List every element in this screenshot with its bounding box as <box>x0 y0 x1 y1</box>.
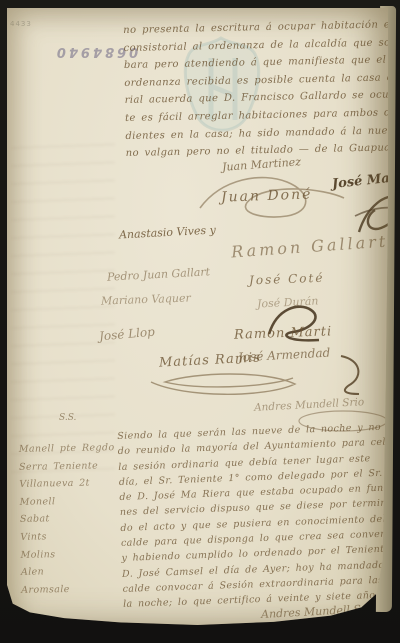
signature-pedro-juan-gallart: Pedro Juan Gallart <box>107 265 211 283</box>
scanned-page-background: 4433 0684940 no presenta la escritura á … <box>0 0 400 643</box>
closing-signature-oval <box>305 615 389 639</box>
margin-name: Molins <box>20 545 116 564</box>
signature-rubric-loop <box>145 364 305 402</box>
pencil-note: 4433 <box>10 20 32 28</box>
margin-name: Manell pte Regdo <box>19 439 115 458</box>
signature-jose-armendad: José Armendad <box>238 346 331 365</box>
margin-heading: S.S. <box>59 413 76 423</box>
signature-juan-done: Juan Doné <box>221 186 313 205</box>
margin-name: Serra Teniente <box>19 457 115 476</box>
signature-anastasio-vives: Anastasio Vives y <box>119 223 216 241</box>
margin-name: Monell <box>20 492 116 511</box>
main-paragraph: no presenta la escritura á ocupar habita… <box>123 16 400 162</box>
margin-name: Aromsale <box>21 580 117 599</box>
manuscript-paper: 4433 0684940 no presenta la escritura á … <box>7 8 388 635</box>
signature-mariano-vaquer: Mariano Vaquer <box>101 291 191 307</box>
signature-ramon-gallart: Ramon Gallart <box>231 232 389 262</box>
attendee-margin-list: Manell pte Regdo Serra Teniente Villanue… <box>19 439 118 599</box>
margin-name: Sabat <box>20 510 116 529</box>
margin-name: Vints <box>20 527 116 546</box>
signature-hook <box>333 350 367 398</box>
signature-jose-cote: José Coté <box>249 271 325 288</box>
session-note-paragraph: Siendo la que serán las nueve de la noch… <box>117 419 400 612</box>
margin-name: Villanueva 2t <box>19 474 115 493</box>
margin-name: Alen <box>21 562 117 581</box>
ink-showthrough <box>11 138 115 478</box>
